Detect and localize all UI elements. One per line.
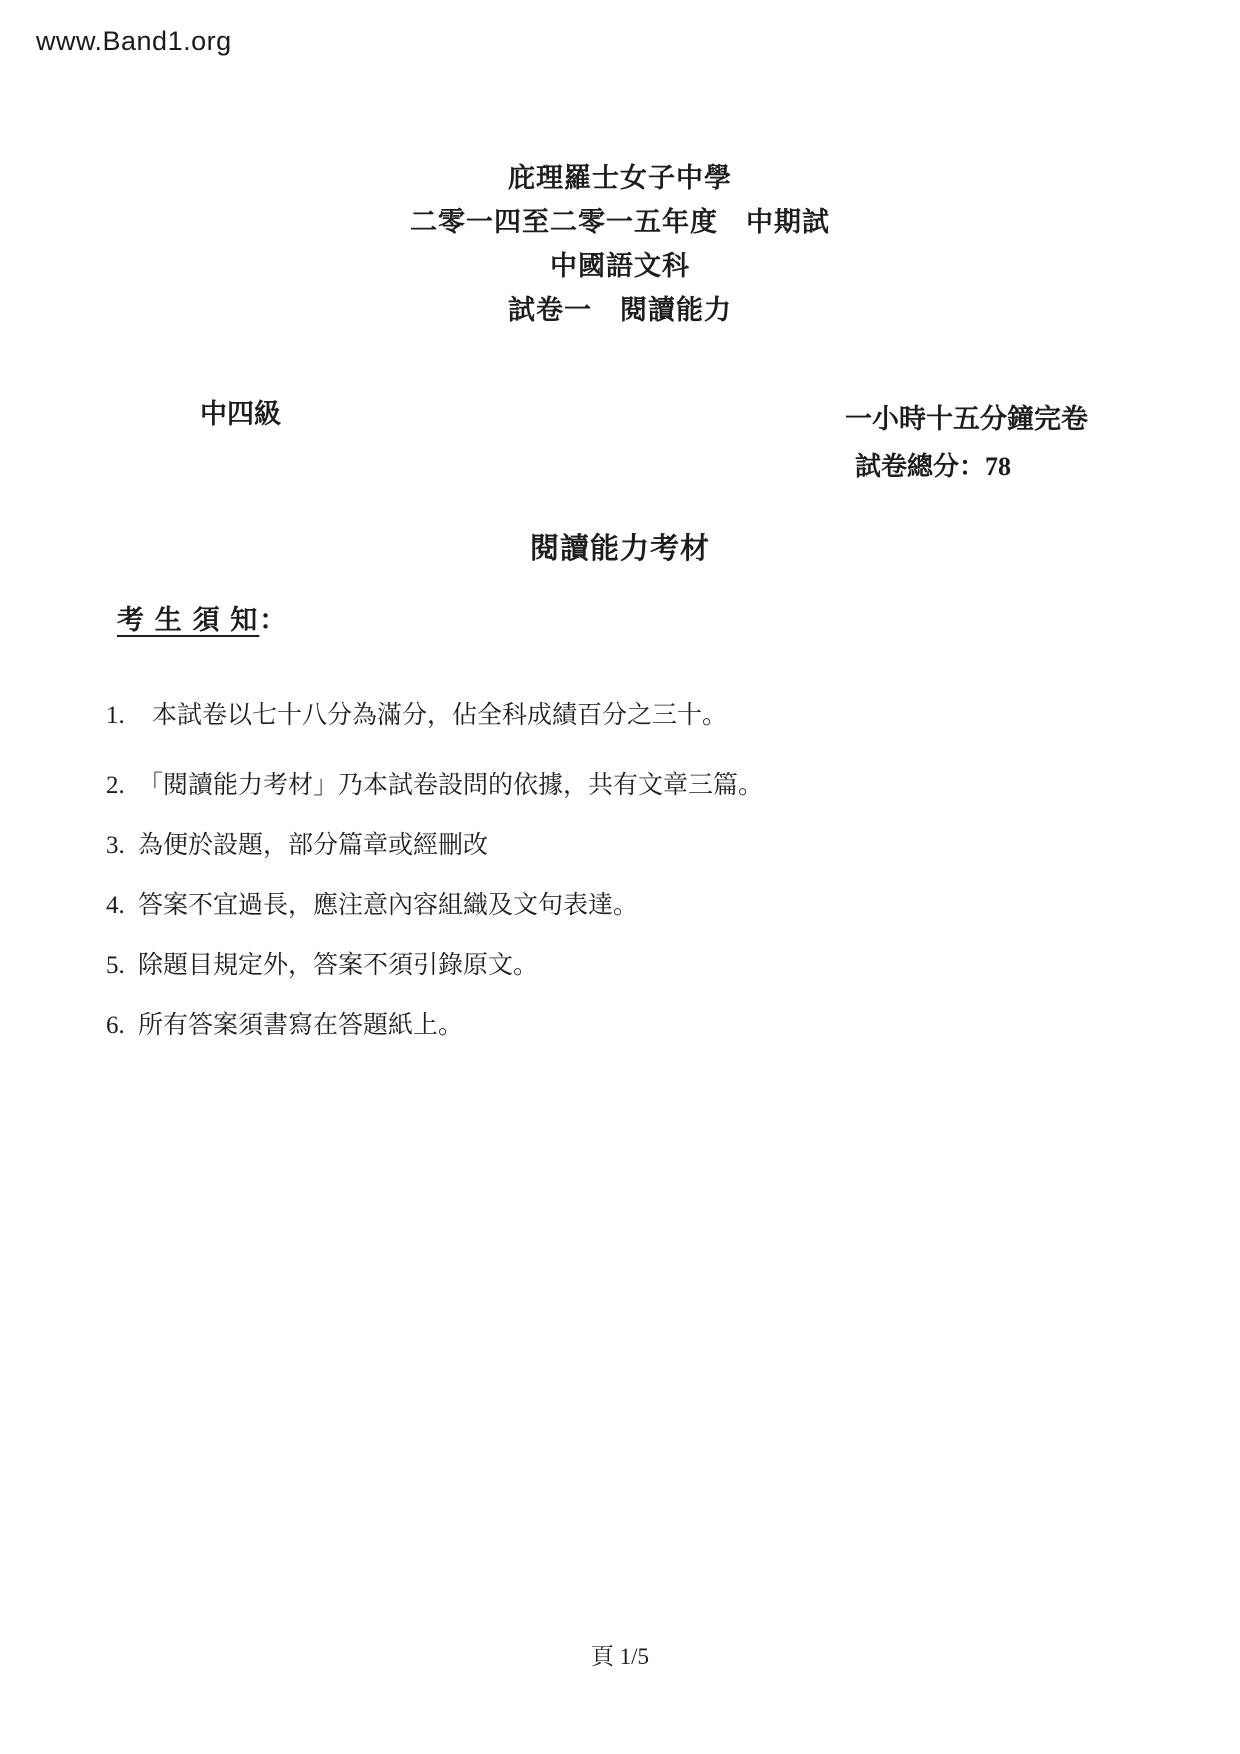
exam-paper-page: www.Band1.org 庇理羅士女子中學 二零一四至二零一五年度 中期試 中…: [0, 0, 1240, 1754]
instructions-list: 1.本試卷以七十八分為滿分，佔全科成績百分之三十。2.「閱讀能力考材」乃本試卷設…: [106, 700, 886, 1070]
instruction-item: 1.本試卷以七十八分為滿分，佔全科成績百分之三十。: [106, 700, 886, 732]
instruction-text: 本試卷以七十八分為滿分，佔全科成績百分之三十。: [152, 700, 886, 732]
instruction-item: 4.答案不宜過長，應注意內容組織及文句表達。: [106, 890, 886, 922]
exam-year-title: 二零一四至二零一五年度 中期試: [0, 200, 1240, 244]
instruction-number: 1.: [106, 700, 152, 732]
reading-material-heading: 閱讀能力考材: [0, 526, 1240, 567]
instruction-item: 2.「閱讀能力考材」乃本試卷設問的依據，共有文章三篇。: [106, 770, 886, 802]
candidate-notes-heading: 考 生 須 知：: [117, 598, 286, 637]
paper-title: 試卷一 閱讀能力: [0, 288, 1240, 332]
instruction-text: 除題目規定外，答案不須引錄原文。: [138, 950, 886, 982]
exam-duration: 一小時十五分鐘完卷: [845, 404, 1088, 434]
instruction-item: 3.為便於設題，部分篇章或經刪改: [106, 830, 886, 862]
instruction-text: 所有答案須書寫在答題紙上。: [138, 1010, 886, 1042]
instruction-number: 2.: [106, 770, 138, 802]
instruction-item: 6.所有答案須書寫在答題紙上。: [106, 1010, 886, 1042]
instruction-number: 6.: [106, 1010, 138, 1042]
meta-right-block: 一小時十五分鐘完卷 試卷總分：78: [845, 404, 1088, 482]
candidate-notes-heading-text: 考 生 須 知: [117, 605, 259, 635]
total-marks: 試卷總分：78: [855, 452, 1088, 482]
grade-level: 中四級: [200, 392, 281, 431]
instruction-item: 5.除題目規定外，答案不須引錄原文。: [106, 950, 886, 982]
candidate-notes-heading-colon: ：: [259, 605, 286, 635]
instruction-text: 答案不宜過長，應注意內容組織及文句表達。: [138, 890, 886, 922]
instruction-text: 為便於設題，部分篇章或經刪改: [138, 830, 886, 862]
title-block: 庇理羅士女子中學 二零一四至二零一五年度 中期試 中國語文科 試卷一 閱讀能力: [0, 156, 1240, 332]
instruction-number: 4.: [106, 890, 138, 922]
page-number: 頁 1/5: [0, 1638, 1240, 1671]
instruction-number: 5.: [106, 950, 138, 982]
school-name: 庇理羅士女子中學: [0, 156, 1240, 200]
instruction-text: 「閱讀能力考材」乃本試卷設問的依據，共有文章三篇。: [138, 770, 886, 802]
watermark-url: www.Band1.org: [36, 26, 232, 57]
instruction-number: 3.: [106, 830, 138, 862]
subject-title: 中國語文科: [0, 244, 1240, 288]
